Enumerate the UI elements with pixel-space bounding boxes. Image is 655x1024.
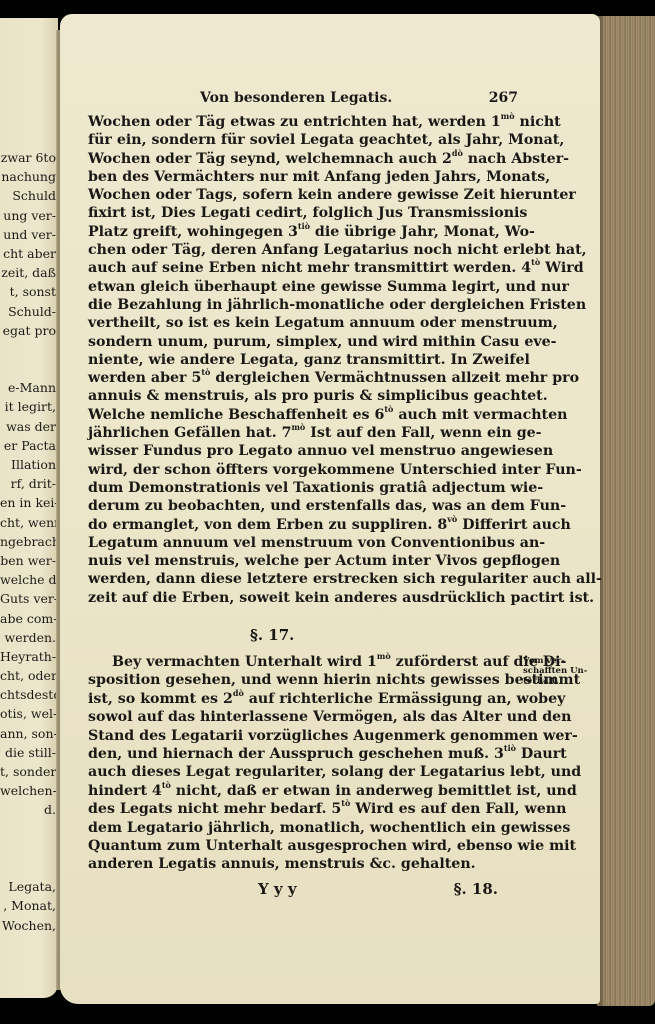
text-line: auch auf seine Erben nicht mehr transmit… xyxy=(88,259,520,277)
text-line: wird, der schon öffters vorgekommene Unt… xyxy=(88,461,520,479)
signature-mark: Y y y xyxy=(258,880,297,898)
text-line: chen oder Täg, deren Anfang Legatarius n… xyxy=(88,241,520,259)
left-fragment-line: Illation xyxy=(0,455,56,474)
ordinal-superscript: tò xyxy=(384,404,393,414)
text-line: für ein, sondern für soviel Legata geach… xyxy=(88,131,520,149)
left-fragment-line: en in kei- xyxy=(0,493,56,512)
text-line: hindert 4tò nicht, daß er etwan in ander… xyxy=(88,782,520,800)
left-fragment-line: Guts ver- xyxy=(0,589,56,608)
left-fragment-line: was der xyxy=(0,417,56,436)
ordinal-superscript: tiò xyxy=(504,743,516,753)
left-fragment-line: er Pacta xyxy=(0,436,56,455)
left-fragment-line: Schuld xyxy=(0,186,56,205)
text-line: zeit auf die Erben, soweit kein anderes … xyxy=(88,589,520,607)
left-fragment-line: Heyrath- xyxy=(0,647,56,666)
text-line: anderen Legatis annuis, menstruis &c. ge… xyxy=(88,855,520,873)
text-line: annuis & menstruis, als pro puris & simp… xyxy=(88,387,520,405)
left-fragment-line: abe com- xyxy=(0,609,56,628)
text-line: vertheilt, so ist es kein Legatum annuum… xyxy=(88,314,520,332)
ordinal-superscript: tò xyxy=(201,367,210,377)
text-line: do ermanglet, von dem Erben zu suppliren… xyxy=(88,516,520,534)
text-line: den, und hiernach der Ausspruch geschehe… xyxy=(88,745,520,763)
text-line: Stand des Legatarii vorzügliches Augenme… xyxy=(88,727,520,745)
left-fragment-line: it legirt, xyxy=(0,397,56,416)
ordinal-superscript: mò xyxy=(291,422,305,432)
text-line: niente, wie andere Legata, ganz transmit… xyxy=(88,351,520,369)
left-fragment-line: welche der xyxy=(0,570,56,589)
left-fragment-line: e-Mann xyxy=(0,378,56,397)
text-line: jährlichen Gefällen hat. 7mò Ist auf den… xyxy=(88,424,520,442)
left-fragment-line: Schuld- xyxy=(0,302,56,321)
text-line: die Bezahlung in jährlich-monatliche ode… xyxy=(88,296,520,314)
text-line: Wochen oder Täg etwas zu entrichten hat,… xyxy=(88,113,520,131)
text-line: Quantum zum Unterhalt ausgesprochen wird… xyxy=(88,837,520,855)
left-fragment-line: Wochen, xyxy=(0,916,56,935)
ordinal-superscript: mò xyxy=(501,111,515,121)
left-fragment-line: cht, wenn xyxy=(0,513,56,532)
text-line: Wochen oder Tags, sofern kein andere gew… xyxy=(88,186,520,204)
text-line: Legatum annuum vel menstruum von Convent… xyxy=(88,534,520,552)
running-title: Von besonderen Legatis. xyxy=(200,90,392,106)
ordinal-superscript: dò xyxy=(452,148,463,158)
ordinal-superscript: mò xyxy=(377,651,391,661)
left-fragment-line: zeit, daß xyxy=(0,263,56,282)
left-fragment-line: ben wer- xyxy=(0,551,56,570)
paragraph-1: Wochen oder Täg etwas zu entrichten hat,… xyxy=(88,113,520,607)
text-line: wisser Fundus pro Legato annuo vel menst… xyxy=(88,442,520,460)
left-fragment-line: t, sonst xyxy=(0,282,56,301)
ordinal-superscript: vò xyxy=(447,514,457,524)
text-line: etwan gleich überhaupt eine gewisse Summ… xyxy=(88,278,520,296)
text-line: Platz greift, wohingegen 3tiò die übrige… xyxy=(88,223,520,241)
left-fragment-line: und ver- xyxy=(0,225,56,244)
ordinal-superscript: dò xyxy=(233,688,244,698)
ordinal-superscript: tò xyxy=(341,798,350,808)
left-fragment-line: cht, oder xyxy=(0,666,56,685)
paragraph-2: Bey vermachten Unterhalt wird 1mò zuförd… xyxy=(88,653,520,874)
text-line: ist, so kommt es 2dò auf richterliche Er… xyxy=(88,690,520,708)
left-fragment-line: chtsdesto- xyxy=(0,685,56,704)
left-fragment-line: die still- xyxy=(0,743,56,762)
text-line: werden, dann diese letztere erstrecken s… xyxy=(88,570,520,588)
text-line: auch dieses Legat regulariter, solang de… xyxy=(88,763,520,781)
text-line: sondern unum, purum, simplex, und wird m… xyxy=(88,333,520,351)
text-line: sposition gesehen, und wenn hierin nicht… xyxy=(88,671,520,689)
text-line: Wochen oder Täg seynd, welchemnach auch … xyxy=(88,150,520,168)
left-fragment-line: nachung xyxy=(0,167,56,186)
left-fragment-line: cht aber xyxy=(0,244,56,263)
text-line: nuis vel menstruis, welche per Actum int… xyxy=(88,552,520,570)
marginal-note: Vom ver-schafften Un-terhalt. xyxy=(523,656,593,686)
left-fragment-line: otis, wel- xyxy=(0,704,56,723)
left-fragment-line xyxy=(0,340,56,359)
left-fragment-line: ann, son- xyxy=(0,724,56,743)
text-line: derum zu beobachten, und erstenfalls das… xyxy=(88,497,520,515)
page-number: 267 xyxy=(489,90,518,106)
left-fragment-line xyxy=(0,839,56,858)
text-line: Bey vermachten Unterhalt wird 1mò zuförd… xyxy=(88,653,520,671)
text-line: des Legats nicht mehr bedarf. 5tò Wird e… xyxy=(88,800,520,818)
text-line: dum Demonstrationis vel Taxationis grati… xyxy=(88,479,520,497)
left-fragment-line: zwar 6to xyxy=(0,148,56,167)
ordinal-superscript: tò xyxy=(162,780,171,790)
running-header: Von besonderen Legatis. 267 xyxy=(100,90,520,110)
ordinal-superscript: tiò xyxy=(298,221,310,231)
text-line: sowol auf das hinterlassene Vermögen, al… xyxy=(88,708,520,726)
catchword: §. 18. xyxy=(454,880,498,898)
left-fragment-line: Legata, xyxy=(0,877,56,896)
left-fragment-line xyxy=(0,820,56,839)
left-fragment-line: d. xyxy=(0,800,56,819)
left-fragment-line: , Monat, xyxy=(0,896,56,915)
left-fragment-line: rf, drit- xyxy=(0,474,56,493)
text-line: dem Legatario jährlich, monatlich, woche… xyxy=(88,819,520,837)
left-fragment-line xyxy=(0,359,56,378)
left-page-text-fragments: zwar 6tonachungSchuldung ver-und ver-cht… xyxy=(0,148,56,935)
section-heading: §. 17. xyxy=(250,626,294,644)
ordinal-superscript: tò xyxy=(531,257,540,267)
left-fragment-line: ung ver- xyxy=(0,206,56,225)
left-page: zwar 6tonachungSchuldung ver-und ver-cht… xyxy=(0,18,58,998)
text-line: ben des Vermächters nur mit Anfang jeden… xyxy=(88,168,520,186)
page-fore-edge xyxy=(597,16,655,1006)
text-line: werden aber 5tò dergleichen Vermächtnuss… xyxy=(88,369,520,387)
left-fragment-line xyxy=(0,858,56,877)
left-fragment-line: welchen- xyxy=(0,781,56,800)
left-fragment-line: t, sondern xyxy=(0,762,56,781)
left-fragment-line: ngebrach- xyxy=(0,532,56,551)
left-fragment-line: werden. xyxy=(0,628,56,647)
left-fragment-line: egat pro xyxy=(0,321,56,340)
